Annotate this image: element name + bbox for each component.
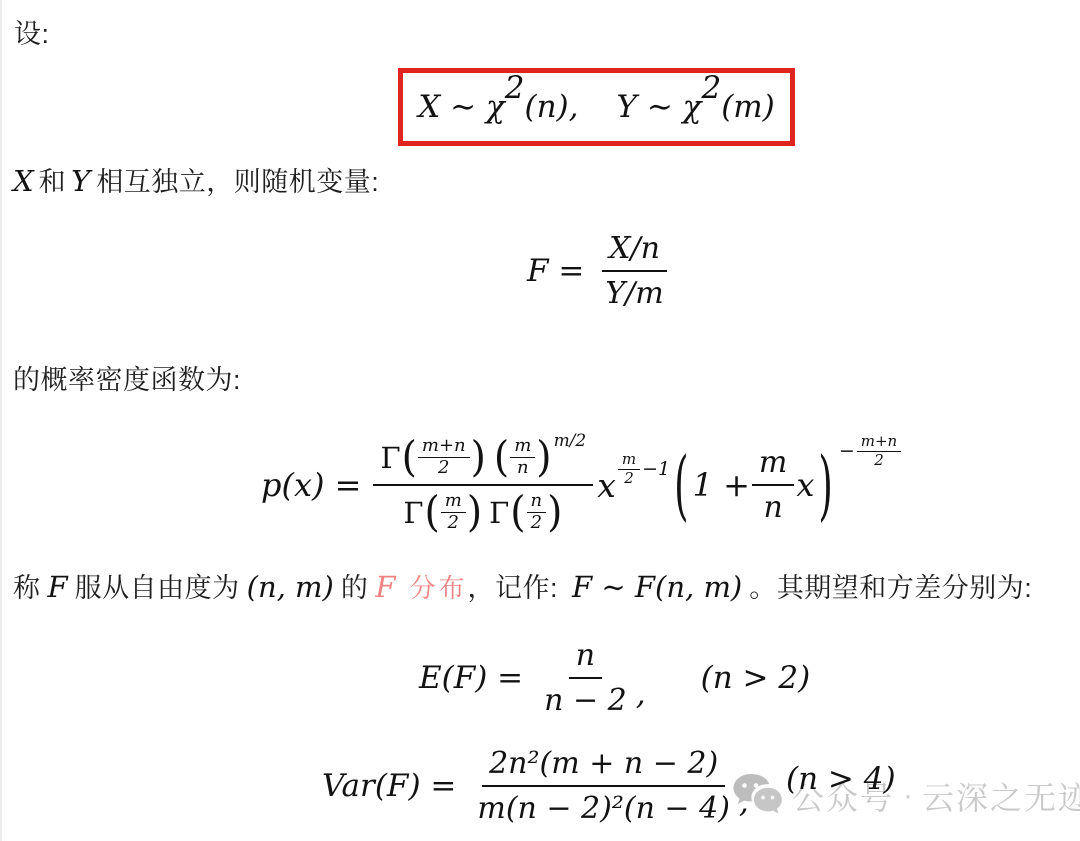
var-x: X bbox=[13, 164, 34, 198]
var-y: Y bbox=[71, 164, 90, 198]
left-paren: ( bbox=[494, 433, 509, 482]
article-page: 设: X ∼ χ2(n), Y ∼ χ2(m) X 和 Y 相互独立，则随机变量… bbox=[0, 0, 1080, 841]
exponent-m-over-2: m/2 bbox=[554, 431, 587, 451]
pdf-intro-text: 的概率密度函数为: bbox=[13, 358, 241, 397]
chi-square-formula: X ∼ χ2(n), Y ∼ χ2(m) bbox=[418, 89, 775, 125]
e-condition: (n > 2) bbox=[701, 660, 811, 696]
frac-num: m bbox=[752, 445, 794, 486]
variance-formula: Var(F) = 2n²(m + n − 2) m(n − 2)²(n − 4)… bbox=[322, 746, 749, 826]
e-fraction: n n − 2 bbox=[537, 638, 634, 718]
comma: , bbox=[739, 784, 749, 820]
f-definition-formula: F = X/n Y/m bbox=[527, 231, 671, 311]
pdf-lhs: p(x) = bbox=[261, 466, 361, 504]
e-numerator: n bbox=[569, 638, 602, 679]
frac-den: 2 bbox=[870, 452, 888, 469]
independence-line: X 和 Y 相互独立，则随机变量: bbox=[13, 160, 379, 199]
gamma-symbol: Γ bbox=[489, 496, 509, 530]
right-paren: ) bbox=[467, 488, 482, 537]
var-f: F bbox=[48, 570, 68, 604]
left-paren: ( bbox=[424, 488, 439, 537]
outer-exponent-group: − m+n 2 bbox=[839, 434, 901, 469]
minus-one: −1 bbox=[642, 458, 670, 480]
left-paren: ( bbox=[510, 488, 525, 537]
frac-num: m+n bbox=[857, 434, 901, 452]
y-chi-term: Y ∼ χ bbox=[617, 89, 702, 125]
f-def-numerator: X/n bbox=[602, 231, 667, 272]
var-condition: (n > 4) bbox=[786, 761, 896, 797]
highlighted-distribution-text: 分布 bbox=[410, 568, 468, 605]
var-numerator: 2n²(m + n − 2) bbox=[482, 746, 725, 787]
right-paren: ) bbox=[536, 433, 551, 482]
independence-text: 相互独立，则随机变量: bbox=[96, 160, 379, 199]
text-cheng: 称 bbox=[13, 566, 41, 605]
big-left-paren: ( bbox=[674, 441, 688, 529]
intro-text: 设: bbox=[14, 12, 50, 51]
and-text: 和 bbox=[39, 160, 67, 199]
text-denoted-as: ，记作: bbox=[468, 566, 559, 605]
frac-n-over-2: n 2 bbox=[527, 492, 547, 533]
right-paren: ) bbox=[547, 488, 562, 537]
pdf-main-fraction: Γ ( m+n 2 ) ( m n ) m/2 Γ ( bbox=[373, 435, 593, 535]
big-right-paren: ) bbox=[818, 441, 832, 529]
frac-num: n bbox=[527, 492, 547, 513]
x-factor: x bbox=[796, 466, 814, 504]
frac-mn-over-2: m+n 2 bbox=[418, 437, 470, 478]
f-def-lhs: F = bbox=[527, 253, 584, 289]
watermark-separator: · bbox=[903, 779, 913, 813]
comma: , bbox=[636, 676, 646, 712]
text-de: 的 bbox=[341, 566, 369, 605]
frac-den: n bbox=[513, 458, 533, 478]
frac-num: m+n bbox=[418, 437, 470, 458]
e-denominator: n − 2 bbox=[537, 679, 634, 718]
minus-sign: − bbox=[839, 440, 855, 462]
y-argument: (m) bbox=[721, 89, 775, 125]
dof-pair: (n, m) bbox=[247, 570, 334, 604]
frac-den: 2 bbox=[434, 458, 453, 478]
var-denominator: m(n − 2)²(n − 4) bbox=[470, 787, 737, 826]
gamma-symbol: Γ bbox=[380, 441, 400, 475]
frac-num: m bbox=[510, 437, 535, 458]
frac-num: m bbox=[441, 492, 466, 513]
gamma-symbol: Γ bbox=[403, 496, 423, 530]
x-exponent: 2 bbox=[505, 70, 525, 106]
frac-mn-over-2: m+n 2 bbox=[857, 434, 901, 469]
x-base: x bbox=[597, 466, 616, 505]
highlight-red-box: X ∼ χ2(n), Y ∼ χ2(m) bbox=[398, 68, 795, 146]
one-plus: 1 + bbox=[693, 466, 750, 504]
frac-den: 2 bbox=[527, 513, 546, 533]
highlighted-f: F bbox=[375, 570, 395, 604]
frac-m-over-2: m 2 bbox=[441, 492, 466, 533]
watermark: 公众号 · 云深之无迹 bbox=[731, 772, 1080, 820]
f-def-denominator: Y/m bbox=[598, 272, 670, 311]
pdf-formula: p(x) = Γ ( m+n 2 ) ( m n ) m/2 Γ bbox=[261, 424, 901, 546]
expectation-formula: E(F) = n n − 2 , (n > 2) bbox=[419, 638, 810, 718]
var-fraction: 2n²(m + n − 2) m(n − 2)²(n − 4) bbox=[470, 746, 737, 826]
text-obeys-dof: 服从自由度为 bbox=[75, 566, 240, 605]
frac-den: n bbox=[756, 486, 789, 525]
watermark-label-2: 云深之无迹 bbox=[922, 773, 1080, 819]
pdf-main-denominator: Γ ( m 2 ) Γ ( n 2 ) bbox=[396, 486, 570, 535]
y-exponent: 2 bbox=[701, 70, 721, 106]
left-paren: ( bbox=[402, 433, 417, 482]
right-paren: ) bbox=[471, 433, 486, 482]
frac-num: m bbox=[618, 452, 640, 470]
frac-m-over-2: m 2 bbox=[618, 452, 640, 487]
pdf-main-numerator: Γ ( m+n 2 ) ( m n ) m/2 bbox=[373, 435, 593, 486]
f-notation: F ∼ F(n, m) bbox=[572, 570, 742, 604]
x-exponent-group: m 2 −1 bbox=[618, 452, 670, 487]
x-power-term: x m 2 −1 bbox=[597, 466, 670, 505]
f-def-fraction: X/n Y/m bbox=[598, 231, 670, 311]
frac-m-over-n: m n bbox=[752, 445, 794, 525]
x-argument: (n), bbox=[525, 89, 579, 125]
distribution-naming-line: 称 F 服从自由度为 (n, m) 的 F 分布 ，记作: F ∼ F(n, m… bbox=[13, 566, 1032, 605]
var-lhs: Var(F) = bbox=[322, 768, 456, 804]
frac-den: 2 bbox=[620, 470, 638, 487]
frac-m-over-n: m n bbox=[510, 437, 535, 478]
frac-den: 2 bbox=[444, 513, 463, 533]
x-chi-term: X ∼ χ bbox=[418, 89, 505, 125]
text-expectation-variance: 。其期望和方差分别为: bbox=[749, 566, 1032, 605]
e-lhs: E(F) = bbox=[419, 660, 523, 696]
